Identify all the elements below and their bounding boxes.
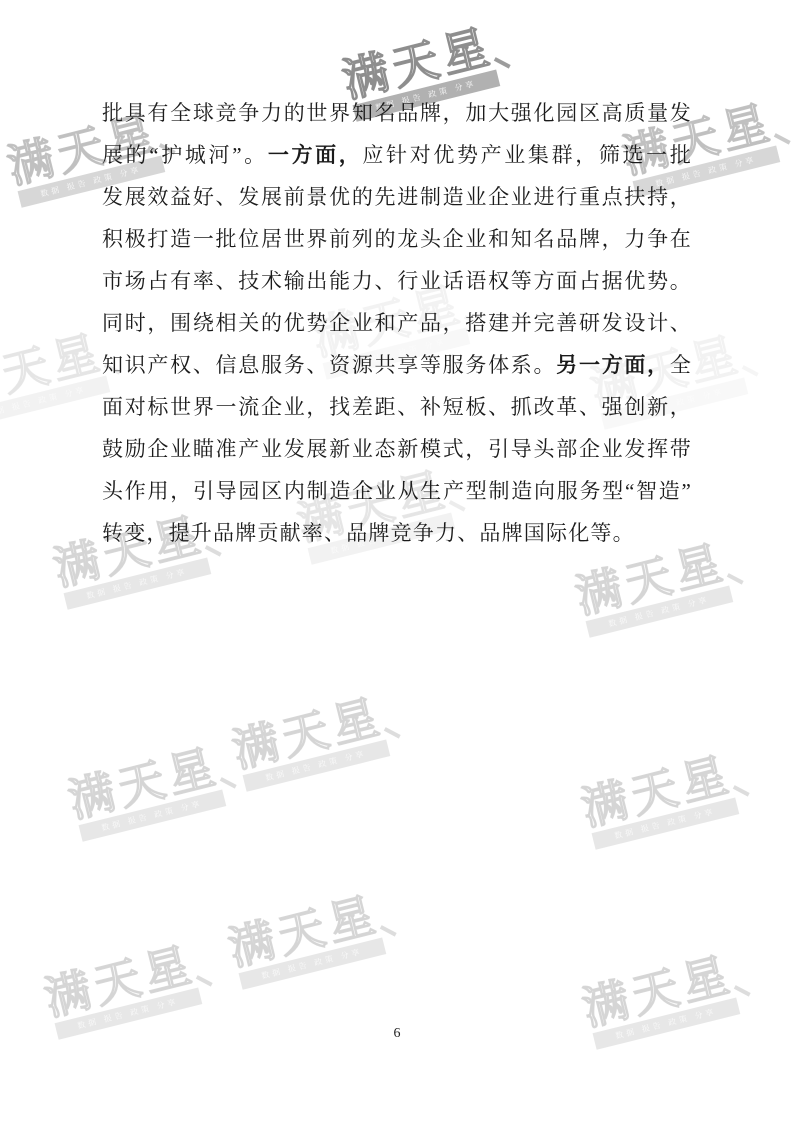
text-segment: 全 [670,353,692,377]
text-segment: 头作用，引导园区内制造企业从生产型制造向服务型“智造” [102,479,692,503]
watermark: 满天星数据 报告 政策 分享 [0,327,112,428]
watermark-tick-mark [219,777,236,789]
watermark-brand-text: 满天星 [40,939,200,1023]
watermark-brand-text: 满天星 [0,327,108,411]
text-line: 市场占有率、技术输出能力、行业话语权等方面占据优势。 [102,260,692,302]
body-paragraph: 批具有全球竞争力的世界知名品牌，加大强化园区高质量发展的“护城河”。一方面，应针… [102,92,692,554]
watermark: 满天星数据 报告 政策 分享 [64,741,228,842]
bold-text-segment: 一方面， [268,143,363,167]
watermark-brand-text: 满天星 [228,691,388,775]
watermark-tick-mark [195,975,212,987]
text-line: 面对标世界一流企业，找差距、补短板、抓改革、强创新， [102,386,692,428]
text-segment: 发展效益好、发展前景优的先进制造业企业进行重点扶持， [102,185,692,209]
text-line: 积极打造一批位居世界前列的龙头企业和知名品牌，力争在 [102,218,692,260]
text-segment: 应针对优势产业集群，筛选一批 [362,143,692,167]
bold-text-segment: 另一方面， [556,353,670,377]
text-line: 知识产权、信息服务、资源共享等服务体系。另一方面，全 [102,344,692,386]
watermark-tagline-band: 数据 报告 政策 分享 [78,790,226,842]
text-segment: 面对标世界一流企业，找差距、补短板、抓改革、强创新， [102,395,692,419]
watermark-tick-mark [733,985,750,997]
watermark: 满天星数据 报告 政策 分享 [224,889,388,990]
text-line: 转变，提升品牌贡献率、品牌竞争力、品牌国际化等。 [102,512,692,554]
watermark-tick-mark [741,365,758,377]
watermark-tick-mark [383,727,400,739]
watermark-tick-mark [773,133,790,145]
watermark: 满天星数据 报告 政策 分享 [577,749,741,850]
watermark-tick-mark [493,57,510,69]
text-line: 头作用，引导园区内制造企业从生产型制造向服务型“智造” [102,470,692,512]
watermark-tagline-band: 数据 报告 政策 分享 [242,740,390,792]
watermark-tagline-band: 数据 报告 政策 分享 [0,376,110,428]
watermark-brand-text: 满天星 [64,741,224,825]
text-segment: 展的“护城河”。 [102,143,268,167]
watermark-brand-text: 满天星 [578,949,738,1033]
text-line: 同时，围绕相关的优势企业和产品，搭建并完善研发设计、 [102,302,692,344]
text-line: 批具有全球竞争力的世界知名品牌，加大强化园区高质量发 [102,92,692,134]
text-segment: 转变，提升品牌贡献率、品牌竞争力、品牌国际化等。 [102,521,635,545]
text-segment: 积极打造一批位居世界前列的龙头企业和知名品牌，力争在 [102,227,692,251]
text-line: 发展效益好、发展前景优的先进制造业企业进行重点扶持， [102,176,692,218]
text-line: 展的“护城河”。一方面，应针对优势产业集群，筛选一批 [102,134,692,176]
watermark-tagline-band: 数据 报告 政策 分享 [591,798,739,850]
watermark-tagline-band: 数据 报告 政策 分享 [63,558,211,610]
text-segment: 同时，围绕相关的优势企业和产品，搭建并完善研发设计、 [102,311,692,335]
text-segment: 知识产权、信息服务、资源共享等服务体系。 [102,353,556,377]
watermark-tick-mark [726,573,743,585]
text-line: 鼓励企业瞄准产业发展新业态新模式，引导头部企业发挥带 [102,428,692,470]
page-number: 6 [394,1026,401,1041]
document-page: 满天星数据 报告 政策 分享满天星数据 报告 政策 分享满天星数据 报告 政策 … [0,0,794,1123]
text-segment: 鼓励企业瞄准产业发展新业态新模式，引导头部企业发挥带 [102,437,692,461]
text-segment: 批具有全球竞争力的世界知名品牌，加大强化园区高质量发 [102,101,692,125]
watermark-tagline-band: 数据 报告 政策 分享 [585,586,733,638]
text-segment: 市场占有率、技术输出能力、行业话语权等方面占据优势。 [102,269,692,293]
watermark-brand-text: 满天星 [224,889,384,973]
watermark-tick-mark [379,925,396,937]
watermark: 满天星数据 报告 政策 分享 [228,691,392,792]
page-footer: 6 [0,1026,794,1042]
watermark-tagline-band: 数据 报告 政策 分享 [238,938,386,990]
watermark-brand-text: 满天星 [577,749,737,833]
watermark-tick-mark [732,785,749,797]
watermark-tagline-band: 数据 报告 政策 分享 [592,998,740,1050]
